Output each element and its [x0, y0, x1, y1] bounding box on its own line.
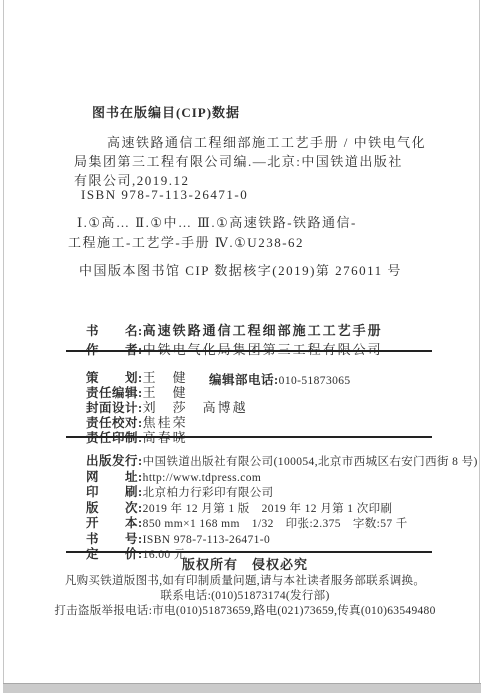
cip-isbn-line: ISBN 978-7-113-26471-0: [81, 188, 248, 201]
cip-classification-line: Ⅰ.①高… Ⅱ.①中… Ⅲ.①高速铁路-铁路通信-: [77, 216, 357, 229]
notice-line-contact-phone: 联系电话:(010)51873174(发行部): [44, 590, 446, 603]
copyright-notice-title: 版权所有 侵权必究: [44, 558, 446, 571]
page-edge-left: [3, 0, 4, 683]
notice-line-exchange: 凡购买铁道版图书,如有印制质量问题,请与本社读者服务部联系调换。: [44, 575, 446, 588]
row-label: 编辑部电话:: [209, 373, 279, 387]
cip-classification-line: 工程施工-工艺学-手册 Ⅳ.①U238-62: [68, 236, 304, 249]
divider-rule: [66, 436, 432, 438]
cip-record-number: 中国版本图书馆 CIP 数据核字(2019)第 276011 号: [79, 264, 402, 277]
book-copyright-page: 图书在版编目(CIP)数据 高速铁路通信工程细部施工工艺手册 / 中铁电气化 局…: [4, 0, 479, 683]
page-edge-right: [479, 0, 480, 683]
page-edge-bottom: [3, 683, 481, 693]
divider-rule: [66, 350, 432, 352]
cip-line: 有限公司,2019.12: [74, 174, 190, 187]
cip-line: 高速铁路通信工程细部施工工艺手册 / 中铁电气化: [107, 136, 426, 149]
cip-line: 局集团第三工程有限公司编.—北京:中国铁道出版社: [74, 155, 403, 168]
divider-rule: [66, 551, 432, 553]
notice-line-piracy-report: 打击盗版举报电话:市电(010)51873659,路电(021)73659,传真…: [44, 605, 446, 618]
cip-heading: 图书在版编目(CIP)数据: [92, 106, 240, 119]
scan-frame: 图书在版编目(CIP)数据 高速铁路通信工程细部施工工艺手册 / 中铁电气化 局…: [0, 0, 482, 693]
editorial-dept-phone: 编辑部电话:010-51873065: [209, 373, 351, 388]
phone-value: 010-51873065: [279, 375, 351, 387]
